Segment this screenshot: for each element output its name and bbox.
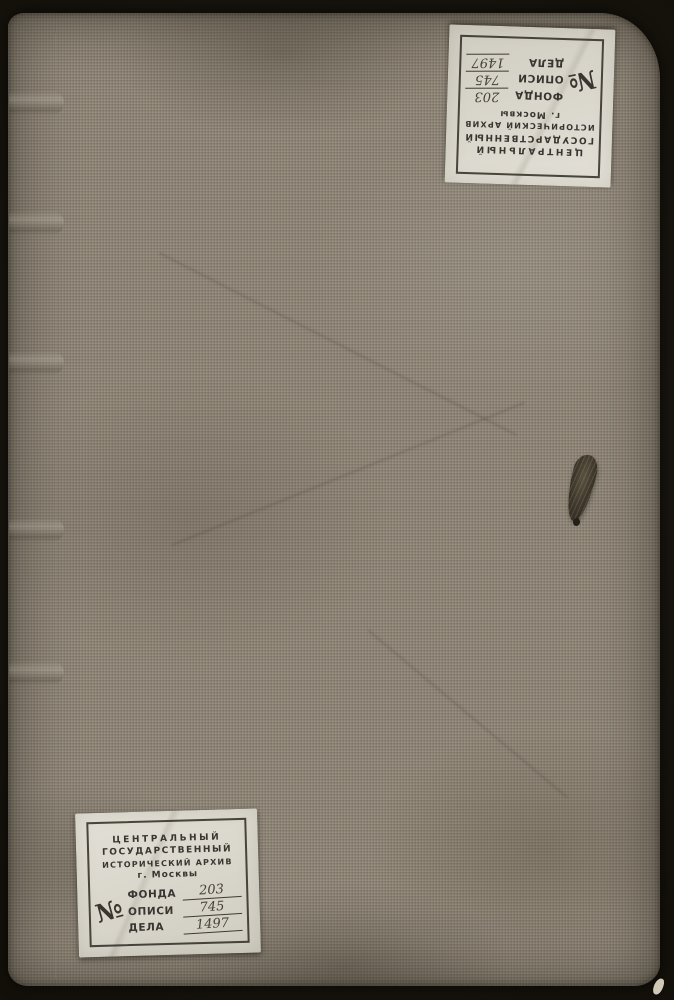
leather-tie-remnant [561, 452, 601, 524]
stamp-field-rows: ФОНДА 203 ОПИСИ 745 ДЕЛА 1497 [127, 883, 242, 934]
opis-number-handwritten: 745 [466, 71, 509, 86]
delo-number-handwritten: 1497 [183, 916, 243, 934]
numero-symbol: № [566, 66, 598, 96]
opis-label: ОПИСИ [128, 904, 178, 917]
spine-band [9, 661, 64, 685]
archive-stamp-label-top: ЦЕНТРАЛЬНЫЙ ГОСУДАРСТВЕННЫЙ ИСТОРИЧЕСКИЙ… [445, 24, 616, 187]
leather-tie-tip [572, 517, 581, 526]
spine-band [9, 351, 64, 375]
spine-band [9, 91, 64, 115]
archive-stamp-label-bottom: ЦЕНТРАЛЬНЫЙ ГОСУДАРСТВЕННЫЙ ИСТОРИЧЕСКИЙ… [75, 808, 261, 957]
fond-label: ФОНДА [513, 88, 563, 102]
loose-thread [651, 977, 665, 996]
delo-label: ДЕЛА [514, 55, 564, 69]
delo-row: ДЕЛА 1497 [128, 917, 242, 935]
fond-label: ФОНДА [127, 888, 177, 901]
delo-number-handwritten: 1497 [466, 54, 509, 69]
opis-label: ОПИСИ [514, 72, 564, 86]
stamp-border: ЦЕНТРАЛЬНЫЙ ГОСУДАРСТВЕННЫЙ ИСТОРИЧЕСКИЙ… [456, 35, 604, 178]
stamp-fields: № ФОНДА 203 ОПИСИ 745 ДЕЛА 1497 [463, 54, 598, 106]
stamp-fields: № ФОНДА 203 ОПИСИ 745 ДЕЛА 1497 [93, 883, 244, 935]
numero-symbol: № [93, 895, 126, 926]
delo-row: ДЕЛА 1497 [466, 54, 564, 72]
spine-hinge-line [54, 33, 57, 979]
fond-number-handwritten: 203 [465, 87, 508, 102]
spine-band [9, 518, 64, 542]
crease-mark [159, 252, 516, 435]
delo-label: ДЕЛА [128, 921, 178, 934]
photo-background: ЦЕНТРАЛЬНЫЙ ГОСУДАРСТВЕННЫЙ ИСТОРИЧЕСКИЙ… [0, 0, 674, 1000]
archive-org-city: г. Москвы [499, 106, 560, 121]
opis-number-handwritten: 745 [183, 899, 243, 917]
crease-mark [171, 402, 524, 546]
crease-mark [368, 630, 568, 799]
opis-row: ОПИСИ 745 [466, 70, 564, 88]
stamp-border: ЦЕНТРАЛЬНЫЙ ГОСУДАРСТВЕННЫЙ ИСТОРИЧЕСКИЙ… [86, 818, 249, 947]
spine-band [9, 211, 64, 235]
fond-row: ФОНДА 203 [127, 883, 241, 901]
stamp-field-rows: ФОНДА 203 ОПИСИ 745 ДЕЛА 1497 [465, 54, 564, 105]
archive-org-city: г. Москвы [137, 868, 198, 883]
fond-number-handwritten: 203 [182, 882, 242, 900]
fond-row: ФОНДА 203 [465, 87, 563, 105]
